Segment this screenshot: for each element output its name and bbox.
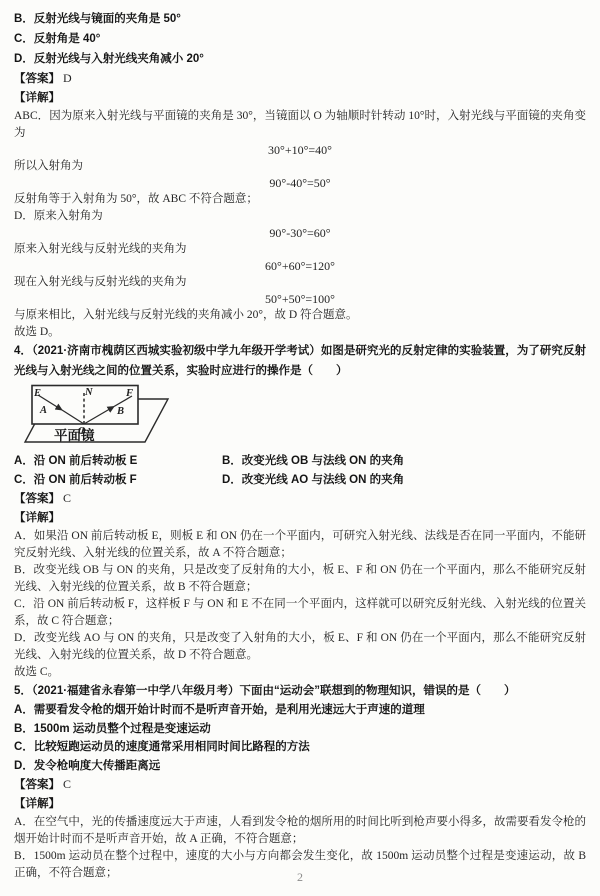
q5-option-a: A．需要看发令枪的烟开始计时而不是听声音开始，是利用光速远大于声速的道理 xyxy=(14,701,586,720)
q5-option-b: B．1500m 运动员整个过程是变速运动 xyxy=(14,720,586,739)
ray-a-label: A xyxy=(39,405,47,416)
q3-option-b: B．反射光线与镜面的夹角是 50° xyxy=(14,9,586,29)
q3-detail-label: 【详解】 xyxy=(14,92,60,104)
q5-answer-label: 【答案】 xyxy=(14,779,60,791)
q5-option-d: D．发令枪响度大传播距离远 xyxy=(14,757,586,776)
q4-experiment-figure: E N F A B O 平面镜 xyxy=(18,384,586,448)
reflection-experiment-diagram: E N F A B O 平面镜 xyxy=(18,384,198,446)
q3-conclusion: 故选 D。 xyxy=(14,324,586,341)
q3-explanation-line: D．原来入射角为 xyxy=(14,208,586,225)
q4-option-c: C．沿 ON 前后转动板 F xyxy=(14,471,222,490)
q3-answer-line: 【答案】D xyxy=(14,69,586,89)
q4-option-a: A．沿 ON 前后转动板 E xyxy=(14,452,222,471)
q4-option-d: D．改变光线 AO 与法线 ON 的夹角 xyxy=(222,471,586,490)
q4-explanation-d: D．改变光线 AO 与 ON 的夹角，只是改变了入射角的大小，板 E、F 和 O… xyxy=(14,630,586,664)
q4-stem: 4．（2021·济南市槐荫区西城实验初级中学九年级开学考试）如图是研究光的反射定… xyxy=(14,341,586,381)
q3-explanation-line: 与原来相比，入射光线与反射光线的夹角减小 20°，故 D 符合题意。 xyxy=(14,307,586,324)
q5-detail-label: 【详解】 xyxy=(14,798,60,810)
q3-option-c: C．反射角是 40° xyxy=(14,29,586,49)
q3-explanation-line: 反射角等于入射角为 50°，故 ABC 不符合题意； xyxy=(14,191,586,208)
q3-formula-5: 50°+50°=100° xyxy=(14,291,586,307)
q5-option-c: C．比较短跑运动员的速度通常采用相同时间比路程的方法 xyxy=(14,738,586,757)
q3-formula-2: 90°-40°=50° xyxy=(14,175,586,191)
q3-option-d: D．反射光线与入射光线夹角减小 20° xyxy=(14,49,586,69)
q4-option-b: B．改变光线 OB 与法线 ON 的夹角 xyxy=(222,452,586,471)
q5-stem: 5．（2021·福建省永春第一中学八年级月考）下面由“运动会”联想到的物理知识，… xyxy=(14,681,586,701)
q3-explanation-intro: ABC．因为原来入射光线与平面镜的夹角是 30°，当镜面以 O 为轴顺时针转动 … xyxy=(14,108,586,142)
document-page: B．反射光线与镜面的夹角是 50° C．反射角是 40° D．反射光线与入射光线… xyxy=(0,0,600,896)
q3-explanation-line: 现在入射光线与反射光线的夹角为 xyxy=(14,274,586,291)
q4-options-row-2: C．沿 ON 前后转动板 F D．改变光线 AO 与法线 ON 的夹角 xyxy=(14,471,586,490)
board-f-label: F xyxy=(125,388,133,399)
q4-detail-line: 【详解】 xyxy=(14,509,586,528)
q4-explanation-c: C．沿 ON 前后转动板 F，这样板 F 与 ON 和 E 不在同一个平面内，这… xyxy=(14,596,586,630)
ray-b-label: B xyxy=(116,406,124,417)
normal-n-label: N xyxy=(84,387,93,398)
mirror-label: 平面镜 xyxy=(54,427,95,443)
board-e-label: E xyxy=(33,388,41,399)
q3-formula-1: 30°+10°=40° xyxy=(14,142,586,158)
q4-answer-label: 【答案】 xyxy=(14,493,60,505)
q3-explanation-line: 原来入射光线与反射光线的夹角为 xyxy=(14,241,586,258)
page-number: 2 xyxy=(0,870,600,885)
q4-answer-value: C xyxy=(60,491,71,505)
q3-answer-value: D xyxy=(60,71,72,85)
q4-explanation-b: B．改变光线 OB 与 ON 的夹角，只是改变了反射角的大小，板 E、F 和 O… xyxy=(14,562,586,596)
q3-detail-line: 【详解】 xyxy=(14,89,586,108)
q4-explanation-a: A．如果沿 ON 前后转动板 E，则板 E 和 ON 仍在一个平面内，可研究入射… xyxy=(14,528,586,562)
q3-explanation-line: 所以入射角为 xyxy=(14,158,586,175)
q5-answer-line: 【答案】C xyxy=(14,775,586,795)
q3-formula-4: 60°+60°=120° xyxy=(14,258,586,274)
q4-options-row-1: A．沿 ON 前后转动板 E B．改变光线 OB 与法线 ON 的夹角 xyxy=(14,452,586,471)
q5-explanation-a: A．在空气中，光的传播速度远大于声速，人看到发令枪的烟所用的时间比听到枪声要小得… xyxy=(14,814,586,848)
q5-answer-value: C xyxy=(60,777,71,791)
q3-answer-label: 【答案】 xyxy=(14,73,60,85)
q5-detail-line: 【详解】 xyxy=(14,795,586,814)
q4-answer-line: 【答案】C xyxy=(14,489,586,509)
q4-conclusion: 故选 C。 xyxy=(14,664,586,681)
q4-detail-label: 【详解】 xyxy=(14,512,60,524)
q3-formula-3: 90°-30°=60° xyxy=(14,225,586,241)
